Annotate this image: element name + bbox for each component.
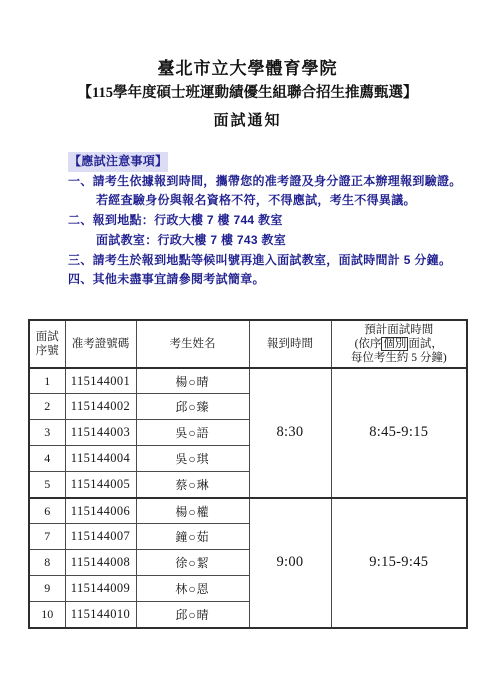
notice-item-2: 二、報到地點：行政大樓 7 樓 744 教室 [68, 211, 485, 231]
page-title: 臺北市立大學體育學院 [0, 0, 495, 78]
page-subtitle: 【115學年度碩士班運動績優生組聯合招生推薦甄選】 [0, 85, 495, 101]
interview-schedule-table: 面試 序號 准考證號碼 考生姓名 報到時間 預計面試時間 (依序個別面試， 每位… [28, 319, 468, 629]
seq-cell: 2 [29, 394, 65, 420]
notice-item-1: 一、請考生依據報到時間，攜帶您的准考證及身分證正本辦理報到驗證。 [68, 172, 485, 192]
seq-cell: 9 [29, 576, 65, 602]
interview-time-cell-group1: 8:45-9:15 [331, 368, 467, 498]
header-report-time: 報到時間 [249, 320, 331, 368]
notice-item-1-cont: 若經查驗身份與報名資格不符，不得應試，考生不得異議。 [96, 191, 485, 211]
notice-heading-line: 【應試注意事項】 [68, 152, 485, 172]
table-header-row: 面試 序號 准考證號碼 考生姓名 報到時間 預計面試時間 (依序個別面試， 每位… [29, 320, 467, 368]
name-cell: 蔡○琳 [136, 472, 249, 498]
notice-item-2-cont: 面試教室：行政大樓 7 樓 743 教室 [96, 231, 485, 251]
document-page: { "page": { "title": "臺北市立大學體育學院", "subt… [0, 0, 495, 700]
notice-heading: 【應試注意事項】 [68, 152, 168, 172]
ticket-cell: 115144005 [65, 472, 136, 498]
header-name: 考生姓名 [136, 320, 249, 368]
ticket-cell: 115144009 [65, 576, 136, 602]
seq-cell: 4 [29, 446, 65, 472]
ticket-cell: 115144010 [65, 602, 136, 628]
report-time-cell-group2: 9:00 [249, 498, 331, 628]
ticket-cell: 115144008 [65, 550, 136, 576]
name-cell: 楊○權 [136, 498, 249, 524]
header-seq-line2: 序號 [36, 345, 59, 357]
notice-item-3: 三、請考生於報到地點等候叫號再進入面試教室，面試時間計 5 分鐘。 [68, 251, 485, 271]
header-ticket: 准考證號碼 [65, 320, 136, 368]
seq-cell: 1 [29, 368, 65, 394]
table-row: 1 115144001 楊○晴 8:30 8:45-9:15 [29, 368, 467, 394]
report-time-cell-group1: 8:30 [249, 368, 331, 498]
header-expected-time: 預計面試時間 (依序個別面試， 每位考生約 5 分鐘) [331, 320, 467, 368]
header-seq-line1: 面試 [36, 331, 59, 343]
seq-cell: 8 [29, 550, 65, 576]
interview-time-cell-group2: 9:15-9:45 [331, 498, 467, 628]
notice-section: 【應試注意事項】 一、請考生依據報到時間，攜帶您的准考證及身分證正本辦理報到驗證… [68, 152, 485, 290]
ticket-cell: 115144003 [65, 420, 136, 446]
ticket-cell: 115144002 [65, 394, 136, 420]
name-cell: 楊○晴 [136, 368, 249, 394]
seq-cell: 3 [29, 420, 65, 446]
name-cell: 徐○絜 [136, 550, 249, 576]
name-cell: 邱○晴 [136, 602, 249, 628]
header-expected-line2-post: 面試， [408, 338, 443, 350]
name-cell: 林○恩 [136, 576, 249, 602]
header-expected-boxed: 個別 [381, 337, 408, 351]
seq-cell: 10 [29, 602, 65, 628]
name-cell: 吳○語 [136, 420, 249, 446]
ticket-cell: 115144004 [65, 446, 136, 472]
header-expected-line3: 每位考生約 5 分鐘) [351, 352, 447, 364]
ticket-cell: 115144006 [65, 498, 136, 524]
name-cell: 邱○臻 [136, 394, 249, 420]
seq-cell: 7 [29, 524, 65, 550]
header-expected-line1: 預計面試時間 [364, 324, 433, 336]
header-expected-line2-pre: (依序 [355, 338, 382, 350]
ticket-cell: 115144001 [65, 368, 136, 394]
header-seq: 面試 序號 [29, 320, 65, 368]
name-cell: 吳○琪 [136, 446, 249, 472]
ticket-cell: 115144007 [65, 524, 136, 550]
name-cell: 鐘○茹 [136, 524, 249, 550]
seq-cell: 6 [29, 498, 65, 524]
seq-cell: 5 [29, 472, 65, 498]
notice-item-4: 四、其他未盡事宜請參閱考試簡章。 [68, 270, 485, 290]
table-row: 6 115144006 楊○權 9:00 9:15-9:45 [29, 498, 467, 524]
doc-type-title: 面試通知 [0, 113, 495, 130]
